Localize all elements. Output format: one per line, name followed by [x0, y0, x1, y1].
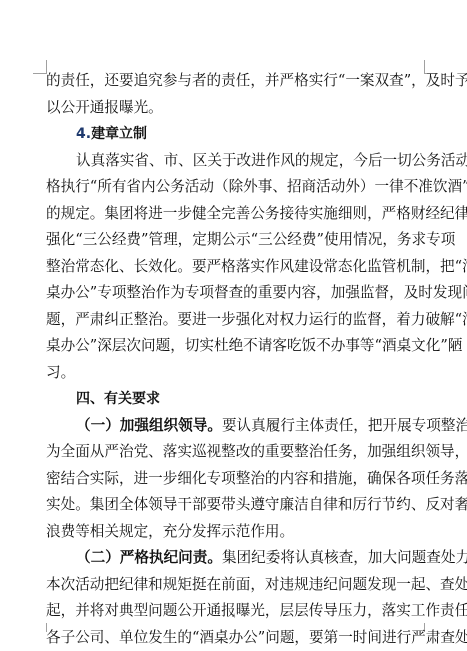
text-line: 习。 — [46, 360, 425, 387]
text-line: 题，严肃纠正整治。要进一步强化对权力运行的监督，着力破解“酒 — [46, 307, 425, 334]
heading-number: 4. — [76, 126, 91, 142]
line-text: 要认真履行主体责任，把开展专项整治作 — [222, 417, 467, 434]
heading-text: 建章立制 — [91, 126, 147, 142]
text-line: （一）加强组织领导。要认真履行主体责任，把开展专项整治作 — [46, 413, 425, 440]
text-line: 实处。集团全体领导干部要带头遵守廉洁自律和厉行节约、反对奢侈 — [46, 492, 425, 519]
text-line: 桌办公”专项整治作为专项督查的重要内容，加强监督，及时发现问 — [46, 280, 425, 307]
section-heading: 四、有关要求 — [46, 386, 425, 413]
text-line: 本次活动把纪律和规矩挺在前面，对违规违纪问题发现一起、查处一 — [46, 572, 425, 599]
text-line: 为全面从严治党、落实巡视整改的重要整治任务，加强组织领导，紧 — [46, 439, 425, 466]
text-line: （二）严格执纪问责。集团纪委将认真核查，加大问题查处力度。 — [46, 545, 425, 572]
page-number: 4 — [232, 614, 235, 620]
text-line: 的责任，还要追究参与者的责任，并严格实行“一案双查”，及时予 — [46, 68, 425, 95]
text-line: 整治常态化、长效化。要严格落实作风建设常态化监管机制，把“酒 — [46, 254, 425, 281]
margin-corner-mark-top-left — [33, 60, 47, 74]
subsection-heading: 4.建章立制 — [46, 121, 425, 148]
bold-lead-in: （二）严格执纪问责。 — [76, 549, 222, 566]
document-body: 的责任，还要追究参与者的责任，并严格实行“一案双查”，及时予 以公开通报曝光。 … — [46, 68, 425, 651]
line-text: 集团纪委将认真核查，加大问题查处力度。 — [222, 549, 467, 566]
bold-lead-in: （一）加强组织领导。 — [76, 417, 222, 434]
text-line: 密结合实际，进一步细化专项整治的内容和措施，确保各项任务落到 — [46, 466, 425, 493]
text-line: 格执行“所有省内公务活动（除外事、招商活动外）一律不准饮酒” — [46, 174, 425, 201]
text-line: 以公开通报曝光。 — [46, 95, 425, 122]
text-line: 各子公司、单位发生的“酒桌办公”问题，要第一时间进行严肃查处， — [46, 625, 425, 651]
document-page: 的责任，还要追究参与者的责任，并严格实行“一案双查”，及时予 以公开通报曝光。 … — [0, 0, 467, 651]
text-line: 桌办公”深层次问题，切实杜绝不请客吃饭不办事等“酒桌文化”陋 — [46, 333, 425, 360]
text-line: 的规定。集团将进一步健全完善公务接待实施细则，严格财经纪律， — [46, 201, 425, 228]
text-line: 浪费等相关规定，充分发挥示范作用。 — [46, 519, 425, 546]
text-line: 强化“三公经费”管理，定期公示“三公经费”使用情况，务求专项 — [46, 227, 425, 254]
text-line: 起，并将对典型问题公开通报曝光，层层传导压力，落实工作责任。 — [46, 598, 425, 625]
text-line: 认真落实省、市、区关于改进作风的规定，今后一切公务活动严 — [46, 148, 425, 175]
